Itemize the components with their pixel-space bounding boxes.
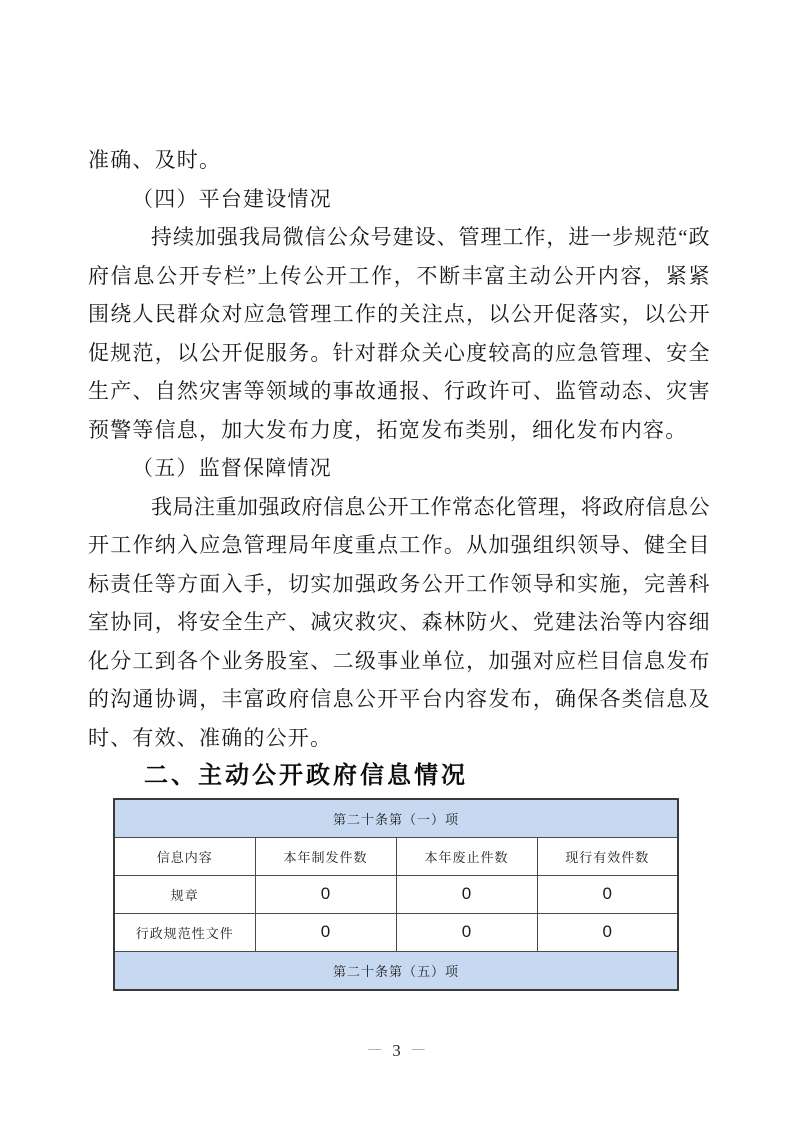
disclosure-table: 第二十条第（一）项 信息内容 本年制发件数 本年废止件数 现行有效件数 规章 0… bbox=[113, 798, 679, 991]
table-banner-bottom: 第二十条第（五）项 bbox=[114, 951, 678, 990]
body-line: 促规范，以公开促服务。针对群众关心度较高的应急管理、安全 bbox=[88, 334, 710, 373]
table-header-row: 信息内容 本年制发件数 本年废止件数 现行有效件数 bbox=[114, 837, 678, 875]
table-banner-row: 第二十条第（一）项 bbox=[114, 799, 678, 838]
body-line: 时、有效、准确的公开。 bbox=[88, 719, 710, 758]
body-line: 标责任等方面入手，切实加强政务公开工作领导和实施，完善科 bbox=[88, 565, 710, 604]
section-heading-four: （四）平台建设情况 bbox=[88, 180, 710, 219]
cell-value: 0 bbox=[537, 875, 678, 913]
body-line: 化分工到各个业务股室、二级事业单位，加强对应栏目信息发布 bbox=[88, 642, 710, 681]
cell-value: 0 bbox=[537, 913, 678, 951]
body-line: 的沟通协调，丰富政府信息公开平台内容发布，确保各类信息及 bbox=[88, 680, 710, 719]
table-row: 规章 0 0 0 bbox=[114, 875, 678, 913]
body-line: 开工作纳入应急管理局年度重点工作。从加强组织领导、健全目 bbox=[88, 526, 710, 565]
body-text: 准确、及时。 （四）平台建设情况 持续加强我局微信公众号建设、管理工作，进一步规… bbox=[88, 141, 710, 991]
col-header-repealed-count: 本年废止件数 bbox=[396, 837, 537, 875]
cell-value: 0 bbox=[255, 875, 396, 913]
cell-value: 0 bbox=[255, 913, 396, 951]
page-number: 3 bbox=[392, 1041, 401, 1060]
col-header-valid-count: 现行有效件数 bbox=[537, 837, 678, 875]
page-footer: －3－ bbox=[0, 1040, 793, 1062]
footer-dash-right: － bbox=[401, 1041, 436, 1060]
cell-value: 0 bbox=[396, 875, 537, 913]
row-label: 行政规范性文件 bbox=[114, 913, 255, 951]
row-label: 规章 bbox=[114, 875, 255, 913]
table-banner-top: 第二十条第（一）项 bbox=[114, 799, 678, 838]
col-header-issued-count: 本年制发件数 bbox=[255, 837, 396, 875]
body-line: 持续加强我局微信公众号建设、管理工作，进一步规范“政 bbox=[88, 218, 710, 257]
body-line: 准确、及时。 bbox=[88, 141, 710, 180]
table-row: 行政规范性文件 0 0 0 bbox=[114, 913, 678, 951]
section-heading-main: 二、主动公开政府信息情况 bbox=[88, 757, 710, 796]
table-banner-row: 第二十条第（五）项 bbox=[114, 951, 678, 990]
body-line: 府信息公开专栏”上传公开工作，不断丰富主动公开内容，紧紧 bbox=[88, 257, 710, 296]
cell-value: 0 bbox=[396, 913, 537, 951]
footer-dash-left: － bbox=[357, 1041, 392, 1060]
body-line: 围绕人民群众对应急管理工作的关注点，以公开促落实，以公开 bbox=[88, 295, 710, 334]
document-page: 准确、及时。 （四）平台建设情况 持续加强我局微信公众号建设、管理工作，进一步规… bbox=[0, 0, 793, 1122]
col-header-info-content: 信息内容 bbox=[114, 837, 255, 875]
body-line: 预警等信息，加大发布力度，拓宽发布类别，细化发布内容。 bbox=[88, 411, 710, 450]
body-line: 室协同，将安全生产、减灾救灾、森林防火、党建法治等内容细 bbox=[88, 603, 710, 642]
body-line: 生产、自然灾害等领域的事故通报、行政许可、监管动态、灾害 bbox=[88, 372, 710, 411]
body-line: 我局注重加强政府信息公开工作常态化管理，将政府信息公 bbox=[88, 488, 710, 527]
section-heading-five: （五）监督保障情况 bbox=[88, 449, 710, 488]
